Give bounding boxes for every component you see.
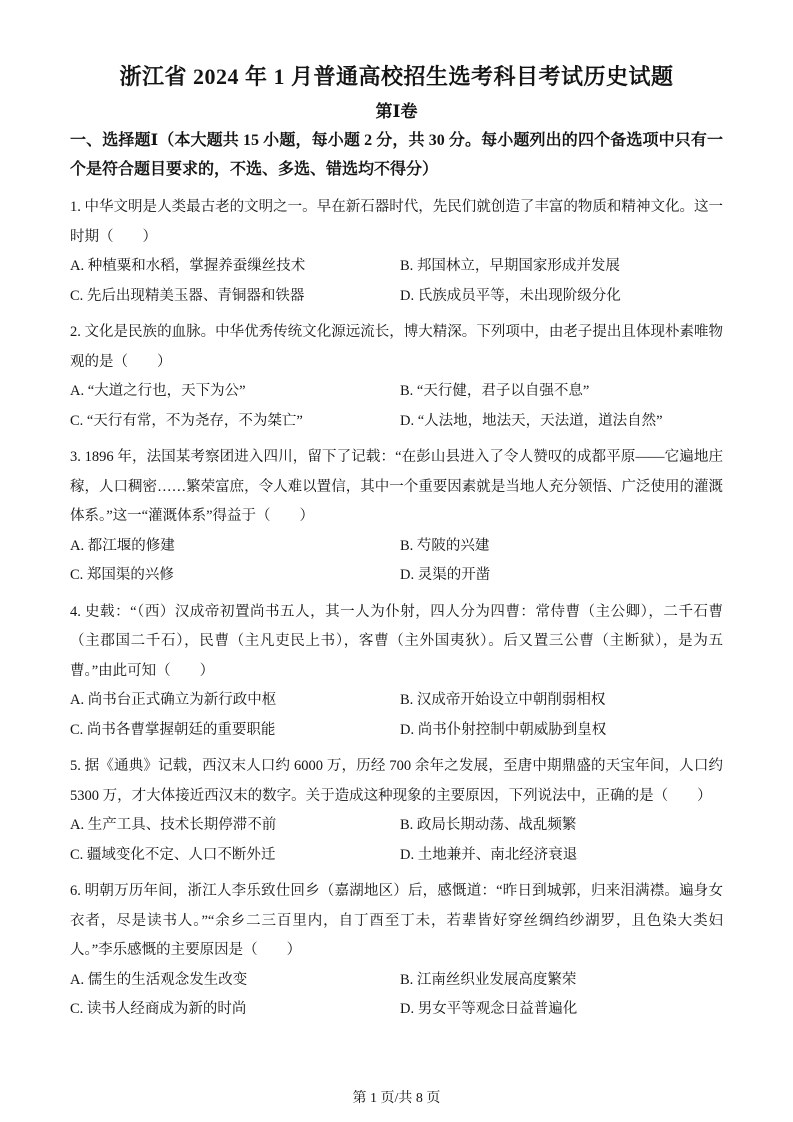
question-2-options: A. “大道之行也，天下为公” B. “天行健，君子以自强不息” C. “天行有… (70, 377, 723, 436)
question-3-option-d: D. 灵渠的开凿 (400, 561, 723, 591)
question-6-option-b: B. 江南丝织业发展高度繁荣 (400, 966, 723, 996)
page-title: 浙江省 2024 年 1 月普通高校招生选考科目考试历史试题 (70, 62, 723, 92)
question-3-option-c: C. 郑国渠的兴修 (70, 561, 400, 591)
question-4-option-a: A. 尚书台正式确立为新行政中枢 (70, 686, 400, 716)
question-1-options: A. 种植粟和水稻，掌握养蚕缫丝技术 B. 邦国林立，早期国家形成并发展 C. … (70, 252, 723, 311)
question-3-option-b: B. 芍陂的兴建 (400, 532, 723, 562)
question-5-option-b: B. 政局长期动荡、战乱频繁 (400, 811, 723, 841)
question-3-option-a: A. 都江堰的修建 (70, 532, 400, 562)
question-2: 2. 文化是民族的血脉。中华优秀传统文化源远流长，博大精深。下列项中，由老子提出… (70, 318, 723, 436)
question-1-stem: 1. 中华文明是人类最古老的文明之一。早在新石器时代，先民们就创造了丰富的物质和… (70, 193, 723, 252)
question-2-stem: 2. 文化是民族的血脉。中华优秀传统文化源远流长，博大精深。下列项中，由老子提出… (70, 318, 723, 377)
question-2-option-d: D. “人法地，地法天，天法道，道法自然” (400, 407, 723, 437)
question-3-stem: 3. 1896 年，法国某考察团进入四川，留下了记载：“在彭山县进入了令人赞叹的… (70, 443, 723, 532)
question-4-stem: 4. 史载：“（西）汉成帝初置尚书五人，其一人为仆射，四人分为四曹：常侍曹（主公… (70, 598, 723, 687)
question-5-options: A. 生产工具、技术长期停滞不前 B. 政局长期动荡、战乱频繁 C. 疆域变化不… (70, 811, 723, 870)
question-6-option-d: D. 男女平等观念日益普遍化 (400, 995, 723, 1025)
question-6-option-a: A. 儒生的生活观念发生改变 (70, 966, 400, 996)
question-3-options: A. 都江堰的修建 B. 芍陂的兴建 C. 郑国渠的兴修 D. 灵渠的开凿 (70, 532, 723, 591)
question-5-stem: 5. 据《通典》记载，西汉末人口约 6000 万，历经 700 余年之发展，至唐… (70, 752, 723, 811)
question-2-option-a: A. “大道之行也，天下为公” (70, 377, 400, 407)
question-3: 3. 1896 年，法国某考察团进入四川，留下了记载：“在彭山县进入了令人赞叹的… (70, 443, 723, 591)
section-intro: 一、选择题Ⅰ（本大题共 15 小题，每小题 2 分，共 30 分。每小题列出的四… (70, 126, 723, 184)
question-1-option-d: D. 氏族成员平等，未出现阶级分化 (400, 282, 723, 312)
question-1-option-b: B. 邦国林立，早期国家形成并发展 (400, 252, 723, 282)
question-1-option-a: A. 种植粟和水稻，掌握养蚕缫丝技术 (70, 252, 400, 282)
question-6-options: A. 儒生的生活观念发生改变 B. 江南丝织业发展高度繁荣 C. 读书人经商成为… (70, 966, 723, 1025)
question-5: 5. 据《通典》记载，西汉末人口约 6000 万，历经 700 余年之发展，至唐… (70, 752, 723, 870)
volume-heading: 第Ⅰ卷 (70, 100, 723, 124)
document-page: 浙江省 2024 年 1 月普通高校招生选考科目考试历史试题 第Ⅰ卷 一、选择题… (0, 0, 793, 1122)
question-2-option-b: B. “天行健，君子以自强不息” (400, 377, 723, 407)
question-1: 1. 中华文明是人类最古老的文明之一。早在新石器时代，先民们就创造了丰富的物质和… (70, 193, 723, 311)
question-4: 4. 史载：“（西）汉成帝初置尚书五人，其一人为仆射，四人分为四曹：常侍曹（主公… (70, 598, 723, 746)
page-number-footer: 第 1 页/共 8 页 (0, 1090, 793, 1108)
question-6-option-c: C. 读书人经商成为新的时尚 (70, 995, 400, 1025)
question-4-option-b: B. 汉成帝开始设立中朝削弱相权 (400, 686, 723, 716)
question-5-option-c: C. 疆域变化不定、人口不断外迁 (70, 841, 400, 871)
question-4-option-c: C. 尚书各曹掌握朝廷的重要职能 (70, 716, 400, 746)
question-6: 6. 明朝万历年间，浙江人李乐致仕回乡（嘉湖地区）后，感慨道：“昨日到城郭，归来… (70, 877, 723, 1025)
question-4-options: A. 尚书台正式确立为新行政中枢 B. 汉成帝开始设立中朝削弱相权 C. 尚书各… (70, 686, 723, 745)
question-1-option-c: C. 先后出现精美玉器、青铜器和铁器 (70, 282, 400, 312)
question-4-option-d: D. 尚书仆射控制中朝威胁到皇权 (400, 716, 723, 746)
question-2-option-c: C. “天行有常，不为尧存，不为桀亡” (70, 407, 400, 437)
question-5-option-d: D. 土地兼并、南北经济衰退 (400, 841, 723, 871)
question-5-option-a: A. 生产工具、技术长期停滞不前 (70, 811, 400, 841)
question-6-stem: 6. 明朝万历年间，浙江人李乐致仕回乡（嘉湖地区）后，感慨道：“昨日到城郭，归来… (70, 877, 723, 966)
